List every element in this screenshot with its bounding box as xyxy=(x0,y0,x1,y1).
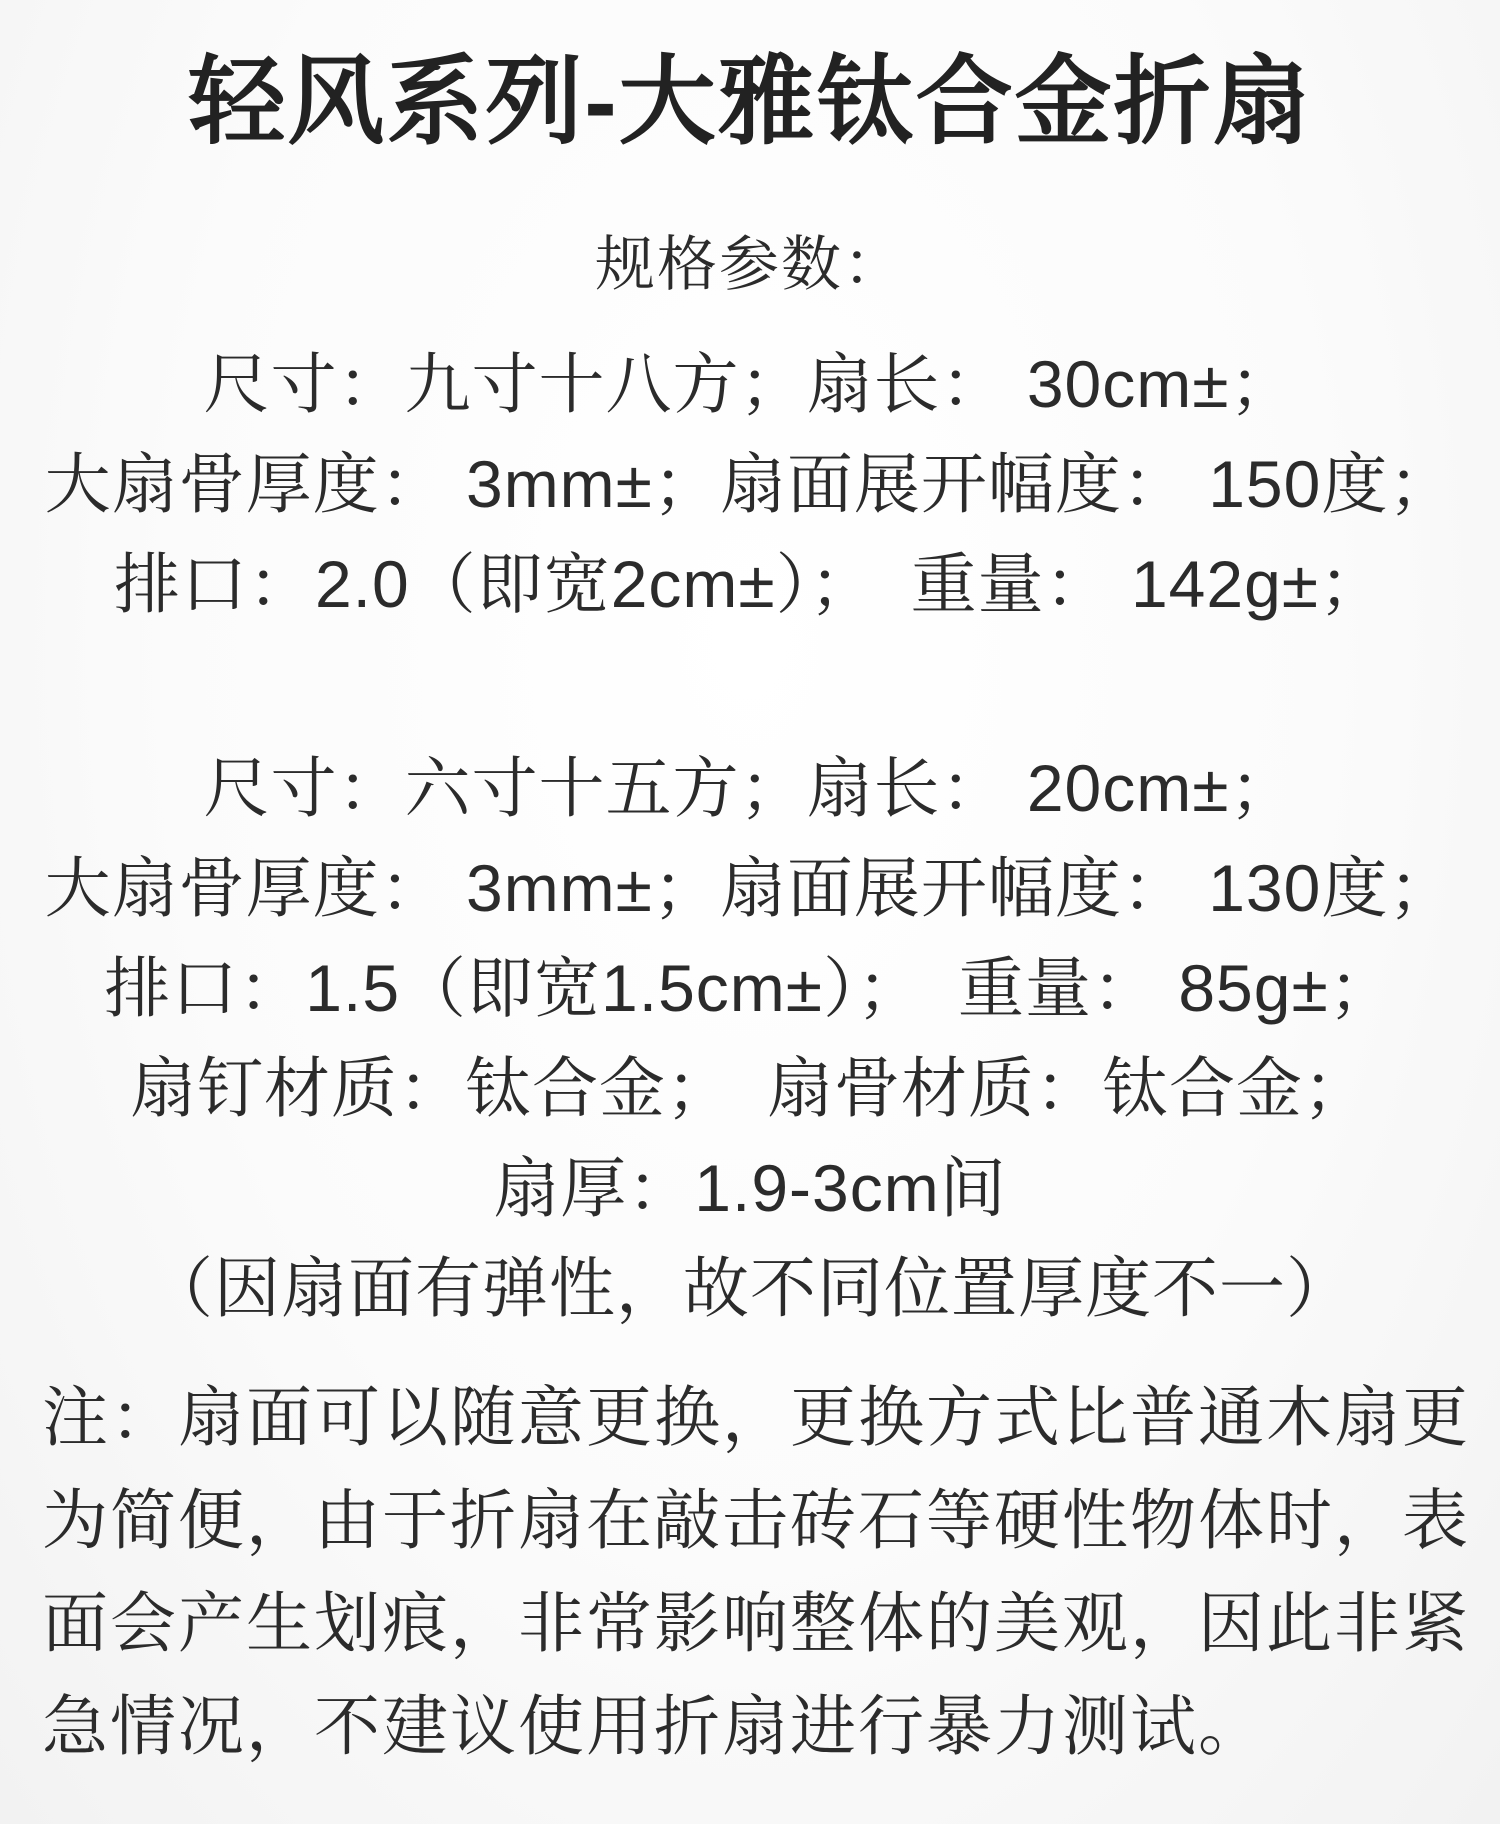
section-heading: 规格参数： xyxy=(0,232,1500,298)
spec-line-thickness-large: 大扇骨厚度： 3mm±；扇面展开幅度： 150度； xyxy=(0,434,1500,534)
note-line-4: 急情况，不建议使用折扇进行暴力测试。 xyxy=(42,1675,1460,1778)
note-line-2: 为简便，由于折扇在敲击砖石等硬性物体时，表 xyxy=(42,1469,1460,1572)
spec-line-fan-thickness-range: 扇厚：1.9-3cm间 xyxy=(0,1138,1500,1238)
spec-line-width-weight-large: 排口：2.0（即宽2cm±）； 重量： 142g±； xyxy=(0,534,1500,634)
spec-line-materials: 扇钉材质：钛合金； 扇骨材质：钛合金； xyxy=(0,1038,1500,1138)
page-title: 轻风系列-大雅钛合金折扇 xyxy=(0,0,1500,158)
spec-block-large-fan: 尺寸：九寸十八方；扇长： 30cm±； 大扇骨厚度： 3mm±；扇面展开幅度： … xyxy=(0,334,1500,634)
note-line-1: 注：扇面可以随意更换，更换方式比普通木扇更 xyxy=(42,1366,1460,1469)
spec-line-elasticity-remark: （因扇面有弹性，故不同位置厚度不一） xyxy=(0,1238,1500,1338)
product-spec-sheet: 轻风系列-大雅钛合金折扇 规格参数： 尺寸：九寸十八方；扇长： 30cm±； 大… xyxy=(0,0,1500,1824)
spec-line-size-large: 尺寸：九寸十八方；扇长： 30cm±； xyxy=(0,334,1500,434)
spec-line-size-small: 尺寸：六寸十五方；扇长： 20cm±； xyxy=(0,738,1500,838)
spec-line-width-weight-small: 排口：1.5（即宽1.5cm±）； 重量： 85g±； xyxy=(0,938,1500,1038)
spec-block-small-fan: 尺寸：六寸十五方；扇长： 20cm±； 大扇骨厚度： 3mm±；扇面展开幅度： … xyxy=(0,738,1500,1338)
spec-line-thickness-small: 大扇骨厚度： 3mm±；扇面展开幅度： 130度； xyxy=(0,838,1500,938)
note-paragraph: 注：扇面可以随意更换，更换方式比普通木扇更 为简便，由于折扇在敲击砖石等硬性物体… xyxy=(0,1366,1500,1778)
note-line-3: 面会产生划痕，非常影响整体的美观，因此非紧 xyxy=(42,1572,1460,1675)
